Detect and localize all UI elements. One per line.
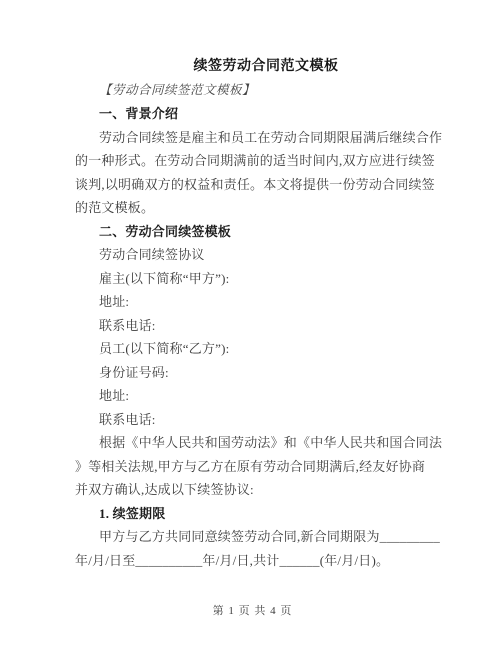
employee-line: 员工(以下简称“乙方”):: [75, 337, 430, 361]
background-para-line-4: 的范文模板。: [75, 196, 430, 220]
employee-phone-line: 联系电话:: [75, 408, 430, 432]
document-title: 续签劳动合同范文模板: [102, 55, 430, 79]
subtitle-bracket: 【劳动合同续签范文模板】: [75, 79, 430, 103]
heading-background: 一、背景介绍: [75, 102, 430, 126]
legal-basis-line-2: 》等相关法规,甲方与乙方在原有劳动合同期满后,经友好协商: [75, 455, 430, 479]
employee-id-line: 身份证号码:: [75, 361, 430, 385]
background-para-line-2: 的一种形式。在劳动合同期满前的适当时间内,双方应进行续签: [75, 149, 430, 173]
background-para-line-1: 劳动合同续签是雇主和员工在劳动合同期限届满后继续合作: [75, 126, 430, 150]
clause-1-line-1: 甲方与乙方共同同意续签劳动合同,新合同期限为_________: [75, 525, 430, 549]
background-para-line-3: 谈判,以明确双方的权益和责任。本文将提供一份劳动合同续签: [75, 173, 430, 197]
employer-address-line: 地址:: [75, 290, 430, 314]
clause-1-heading: 1. 续签期限: [75, 502, 430, 526]
page-footer: 第 1 页 共 4 页: [75, 602, 430, 618]
heading-template: 二、劳动合同续签模板: [75, 220, 430, 244]
legal-basis-line-1: 根据《中华人民共和国劳动法》和《中华人民共和国合同法: [75, 431, 430, 455]
document-page: 续签劳动合同范文模板 【劳动合同续签范文模板】 一、背景介绍 劳动合同续签是雇主…: [0, 0, 500, 647]
employer-line: 雇主(以下简称“甲方”):: [75, 267, 430, 291]
legal-basis-line-3: 并双方确认,达成以下续签协议:: [75, 478, 430, 502]
agreement-title-line: 劳动合同续签协议: [75, 243, 430, 267]
employer-phone-line: 联系电话:: [75, 314, 430, 338]
clause-1-line-2: 年/月/日至__________年/月/日,共计______(年/月/日)。: [75, 549, 430, 573]
employee-address-line: 地址:: [75, 384, 430, 408]
